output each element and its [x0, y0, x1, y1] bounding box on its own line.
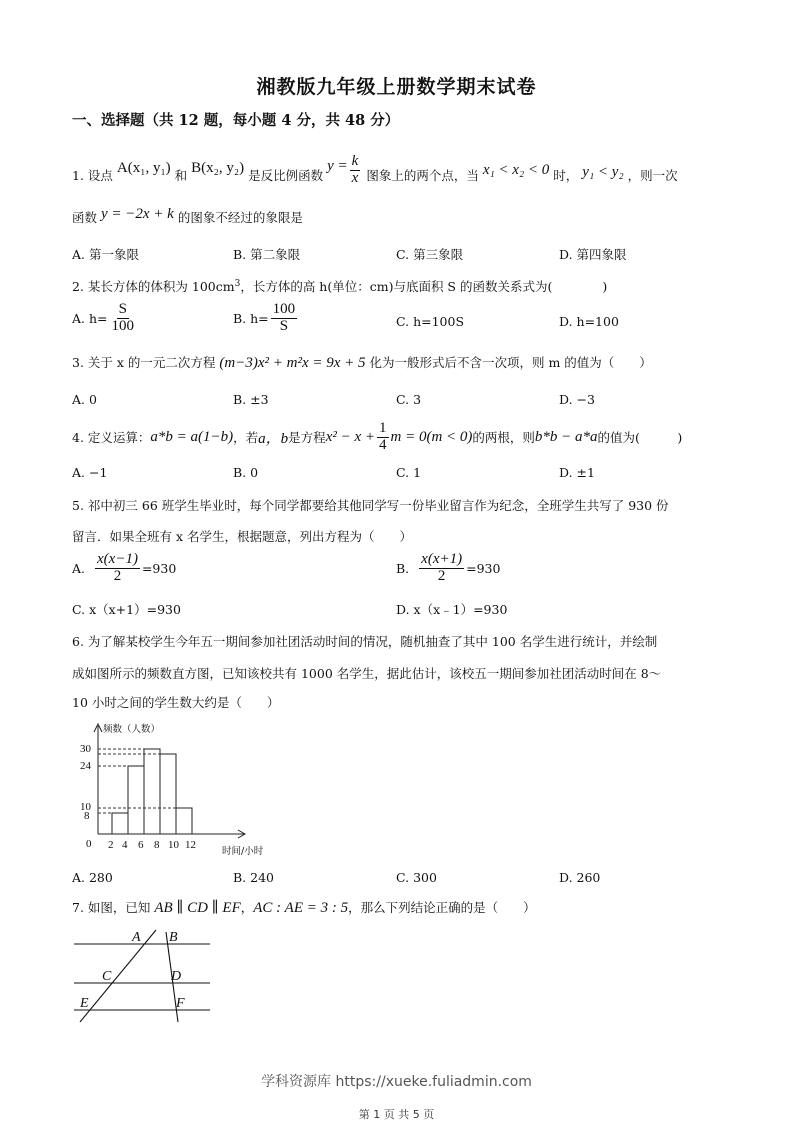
q6-option-c[interactable]: C. 300 — [396, 870, 437, 885]
frac-num: x(x+1) — [419, 552, 464, 569]
q1-option-a[interactable]: A. 第一象限 — [72, 245, 139, 263]
point-a: A(x₁, y₁) — [117, 160, 171, 176]
q1-text: 图象上的两个点，当 — [366, 168, 479, 183]
label-f: F — [175, 996, 185, 1011]
frac-num: x(x−1) — [95, 552, 140, 569]
svg-text:8: 8 — [84, 810, 90, 822]
svg-text:8: 8 — [154, 839, 160, 851]
frac-num: S — [117, 302, 129, 319]
q6-option-d[interactable]: D. 260 — [559, 870, 600, 885]
label-d: D — [170, 969, 181, 984]
frac-num: 1 — [377, 421, 389, 438]
frac-num: k — [350, 154, 361, 171]
q1-text: 的图象不经过的象限是 — [178, 210, 303, 225]
linear-function: y = −2x + k — [101, 206, 174, 222]
question-5-line-2: 留言．如果全班有 x 名学生，根据题意，列出方程为（ ） — [72, 527, 412, 545]
svg-text:24: 24 — [80, 760, 92, 772]
q4-text: 是方程 — [288, 428, 326, 446]
q2-text: 2. 某长方体的体积为 100cm — [72, 279, 235, 294]
svg-text:6: 6 — [138, 839, 144, 851]
q6-option-b[interactable]: B. 240 — [233, 870, 274, 885]
parallel-lines-figure: A B C D E F — [70, 925, 215, 1025]
option-label: B. h= — [233, 311, 269, 326]
q2-text: ，长方体的高 h(单位：cm)与底面积 S 的函数关系式为( ) — [240, 279, 607, 294]
point-b: B(x₂, y₂) — [191, 160, 244, 176]
svg-text:0: 0 — [86, 838, 92, 850]
fraction: 100S — [271, 302, 298, 335]
fraction: x(x−1)2 — [95, 552, 140, 585]
q7-text: ，那么下列结论正确的是（ ） — [348, 900, 536, 915]
q3-option-a[interactable]: A. 0 — [72, 392, 97, 407]
q5-option-b[interactable]: B. x(x+1)2 =930 — [396, 552, 500, 585]
source-watermark: 学科资源库 https://xueke.fuliadmin.com — [0, 1071, 793, 1091]
q7-text: ， — [241, 900, 254, 915]
q4-option-c[interactable]: C. 1 — [396, 465, 421, 480]
question-2: 2. 某长方体的体积为 100cm3，长方体的高 h(单位：cm)与底面积 S … — [72, 277, 607, 295]
question-6-line-2: 成如图所示的频数直方图，已知该校共有 1000 名学生，据此估计，该校五一期间参… — [72, 664, 661, 682]
option-rhs: =930 — [466, 561, 500, 576]
question-6-line-1: 6. 为了解某校学生今年五一期间参加社团活动时间的情况，随机抽查了其中 100 … — [72, 632, 657, 650]
q5-option-c[interactable]: C. x（x+1）=930 — [72, 600, 181, 618]
fraction-k-over-x: kx — [350, 154, 361, 187]
q3-option-c[interactable]: C. 3 — [396, 392, 421, 407]
option-label: A. h= — [72, 311, 108, 326]
label-b: B — [169, 930, 178, 945]
frac-den: 4 — [377, 438, 389, 454]
label-e: E — [79, 996, 89, 1011]
label-c: C — [102, 969, 112, 984]
q1-and: 和 — [175, 168, 188, 183]
q2-option-a[interactable]: A. h= S100 — [72, 302, 138, 335]
q1-text: 1. 设点 — [72, 168, 113, 183]
svg-text:30: 30 — [80, 743, 92, 755]
question-6-line-3: 10 小时之间的学生数大约是（ ） — [72, 693, 279, 711]
svg-text:10: 10 — [168, 839, 180, 851]
q1-text: 函数 — [72, 210, 97, 225]
func-lhs: y = — [327, 158, 348, 174]
condition-x: x₁ < x₂ < 0 — [483, 162, 550, 178]
frac-num: 100 — [271, 302, 298, 319]
q4-text: 的两根，则 — [472, 428, 535, 446]
q1-option-b[interactable]: B. 第二象限 — [233, 245, 300, 263]
q3-option-b[interactable]: B. ±3 — [233, 392, 269, 407]
frac-den: S — [278, 319, 290, 335]
page-title: 湘教版九年级上册数学期末试卷 — [0, 72, 793, 99]
label-a: A — [131, 930, 141, 945]
q2-option-b[interactable]: B. h= 100S — [233, 302, 299, 335]
question-5-line-1: 5. 祁中初三 66 班学生毕业时，每个同学都要给其他同学写一份毕业留言作为纪念… — [72, 496, 669, 514]
fraction: S100 — [110, 302, 137, 335]
q1-option-d[interactable]: D. 第四象限 — [559, 245, 627, 263]
svg-text:频数（人数）: 频数（人数） — [103, 723, 160, 735]
ratio: AC : AE = 3 : 5 — [253, 900, 348, 916]
expression: b*b − a*a — [535, 429, 598, 446]
equation-part: m = 0(m < 0) — [391, 429, 473, 446]
q4-text: 的值为( ) — [598, 428, 683, 446]
q1-text: ，则一次 — [628, 168, 678, 183]
parallel-lines: AB ∥ CD ∥ EF — [154, 900, 240, 916]
option-label: B. — [396, 561, 409, 576]
histogram-svg: 30 24 10 8 0 2 4 6 8 10 12 频数（人数） 时间/小时 — [72, 718, 282, 863]
q4-text: ，若 — [233, 428, 258, 446]
question-3: 3. 关于 x 的一元二次方程 (m−3)x² + m²x = 9x + 5 化… — [72, 353, 652, 372]
q5-option-d[interactable]: D. x（x﹣1）=930 — [396, 600, 507, 618]
fraction: x(x+1)2 — [419, 552, 464, 585]
q3-text: 3. 关于 x 的一元二次方程 — [72, 355, 215, 370]
question-1-line-2: 函数 y = −2x + k 的图象不经过的象限是 — [72, 208, 303, 227]
condition-y: y₁ < y₂ — [582, 164, 623, 180]
question-7: 7. 如图，已知 AB ∥ CD ∥ EF，AC : AE = 3 : 5，那么… — [72, 898, 536, 917]
q4-option-d[interactable]: D. ±1 — [559, 465, 595, 480]
frac-den: 2 — [112, 569, 124, 585]
svg-text:时间/小时: 时间/小时 — [222, 845, 264, 857]
q1-text: 时， — [553, 168, 578, 183]
q3-option-d[interactable]: D. −3 — [559, 392, 595, 407]
svg-text:2: 2 — [108, 839, 114, 851]
q2-option-d[interactable]: D. h=100 — [559, 314, 619, 329]
operation-definition: a*b = a(1−b) — [150, 429, 233, 446]
q4-option-a[interactable]: A. −1 — [72, 465, 107, 480]
q6-option-a[interactable]: A. 280 — [72, 870, 113, 885]
svg-text:12: 12 — [185, 839, 196, 851]
frac-den: 2 — [436, 569, 448, 585]
frac-den: 100 — [110, 319, 137, 335]
equation-part: x² − x + — [326, 429, 375, 446]
q2-option-c[interactable]: C. h=100S — [396, 314, 464, 329]
option-rhs: =930 — [142, 561, 176, 576]
section-heading: 一、选择题（共 12 题，每小题 4 分，共 48 分） — [72, 109, 399, 130]
q5-option-a[interactable]: A. x(x−1)2 =930 — [72, 552, 176, 585]
geometry-svg: A B C D E F — [70, 925, 215, 1025]
q7-text: 7. 如图，已知 — [72, 900, 150, 915]
svg-text:4: 4 — [122, 839, 128, 851]
q3-text: 化为一般形式后不含一次项，则 m 的值为（ ） — [370, 355, 652, 370]
question-1-line-1: 1. 设点 A(x₁, y₁) 和 B(x₂, y₂) 是反比例函数 y =kx… — [72, 160, 678, 193]
q1-text: 是反比例函数 — [248, 168, 323, 183]
q1-option-c[interactable]: C. 第三象限 — [396, 245, 463, 263]
page-number: 第 1 页 共 5 页 — [0, 1106, 793, 1122]
frac-den: x — [350, 171, 361, 187]
roots-ab: a，b — [258, 427, 288, 448]
q4-option-b[interactable]: B. 0 — [233, 465, 258, 480]
histogram-chart: 30 24 10 8 0 2 4 6 8 10 12 频数（人数） 时间/小时 — [72, 718, 282, 863]
fraction-one-quarter: 14 — [377, 421, 389, 454]
option-label: A. — [72, 561, 85, 576]
question-4: 4. 定义运算： a*b = a(1−b) ，若 a，b 是方程 x² − x … — [72, 421, 682, 454]
q4-text: 4. 定义运算： — [72, 428, 150, 446]
quadratic-equation: (m−3)x² + m²x = 9x + 5 — [219, 355, 365, 371]
